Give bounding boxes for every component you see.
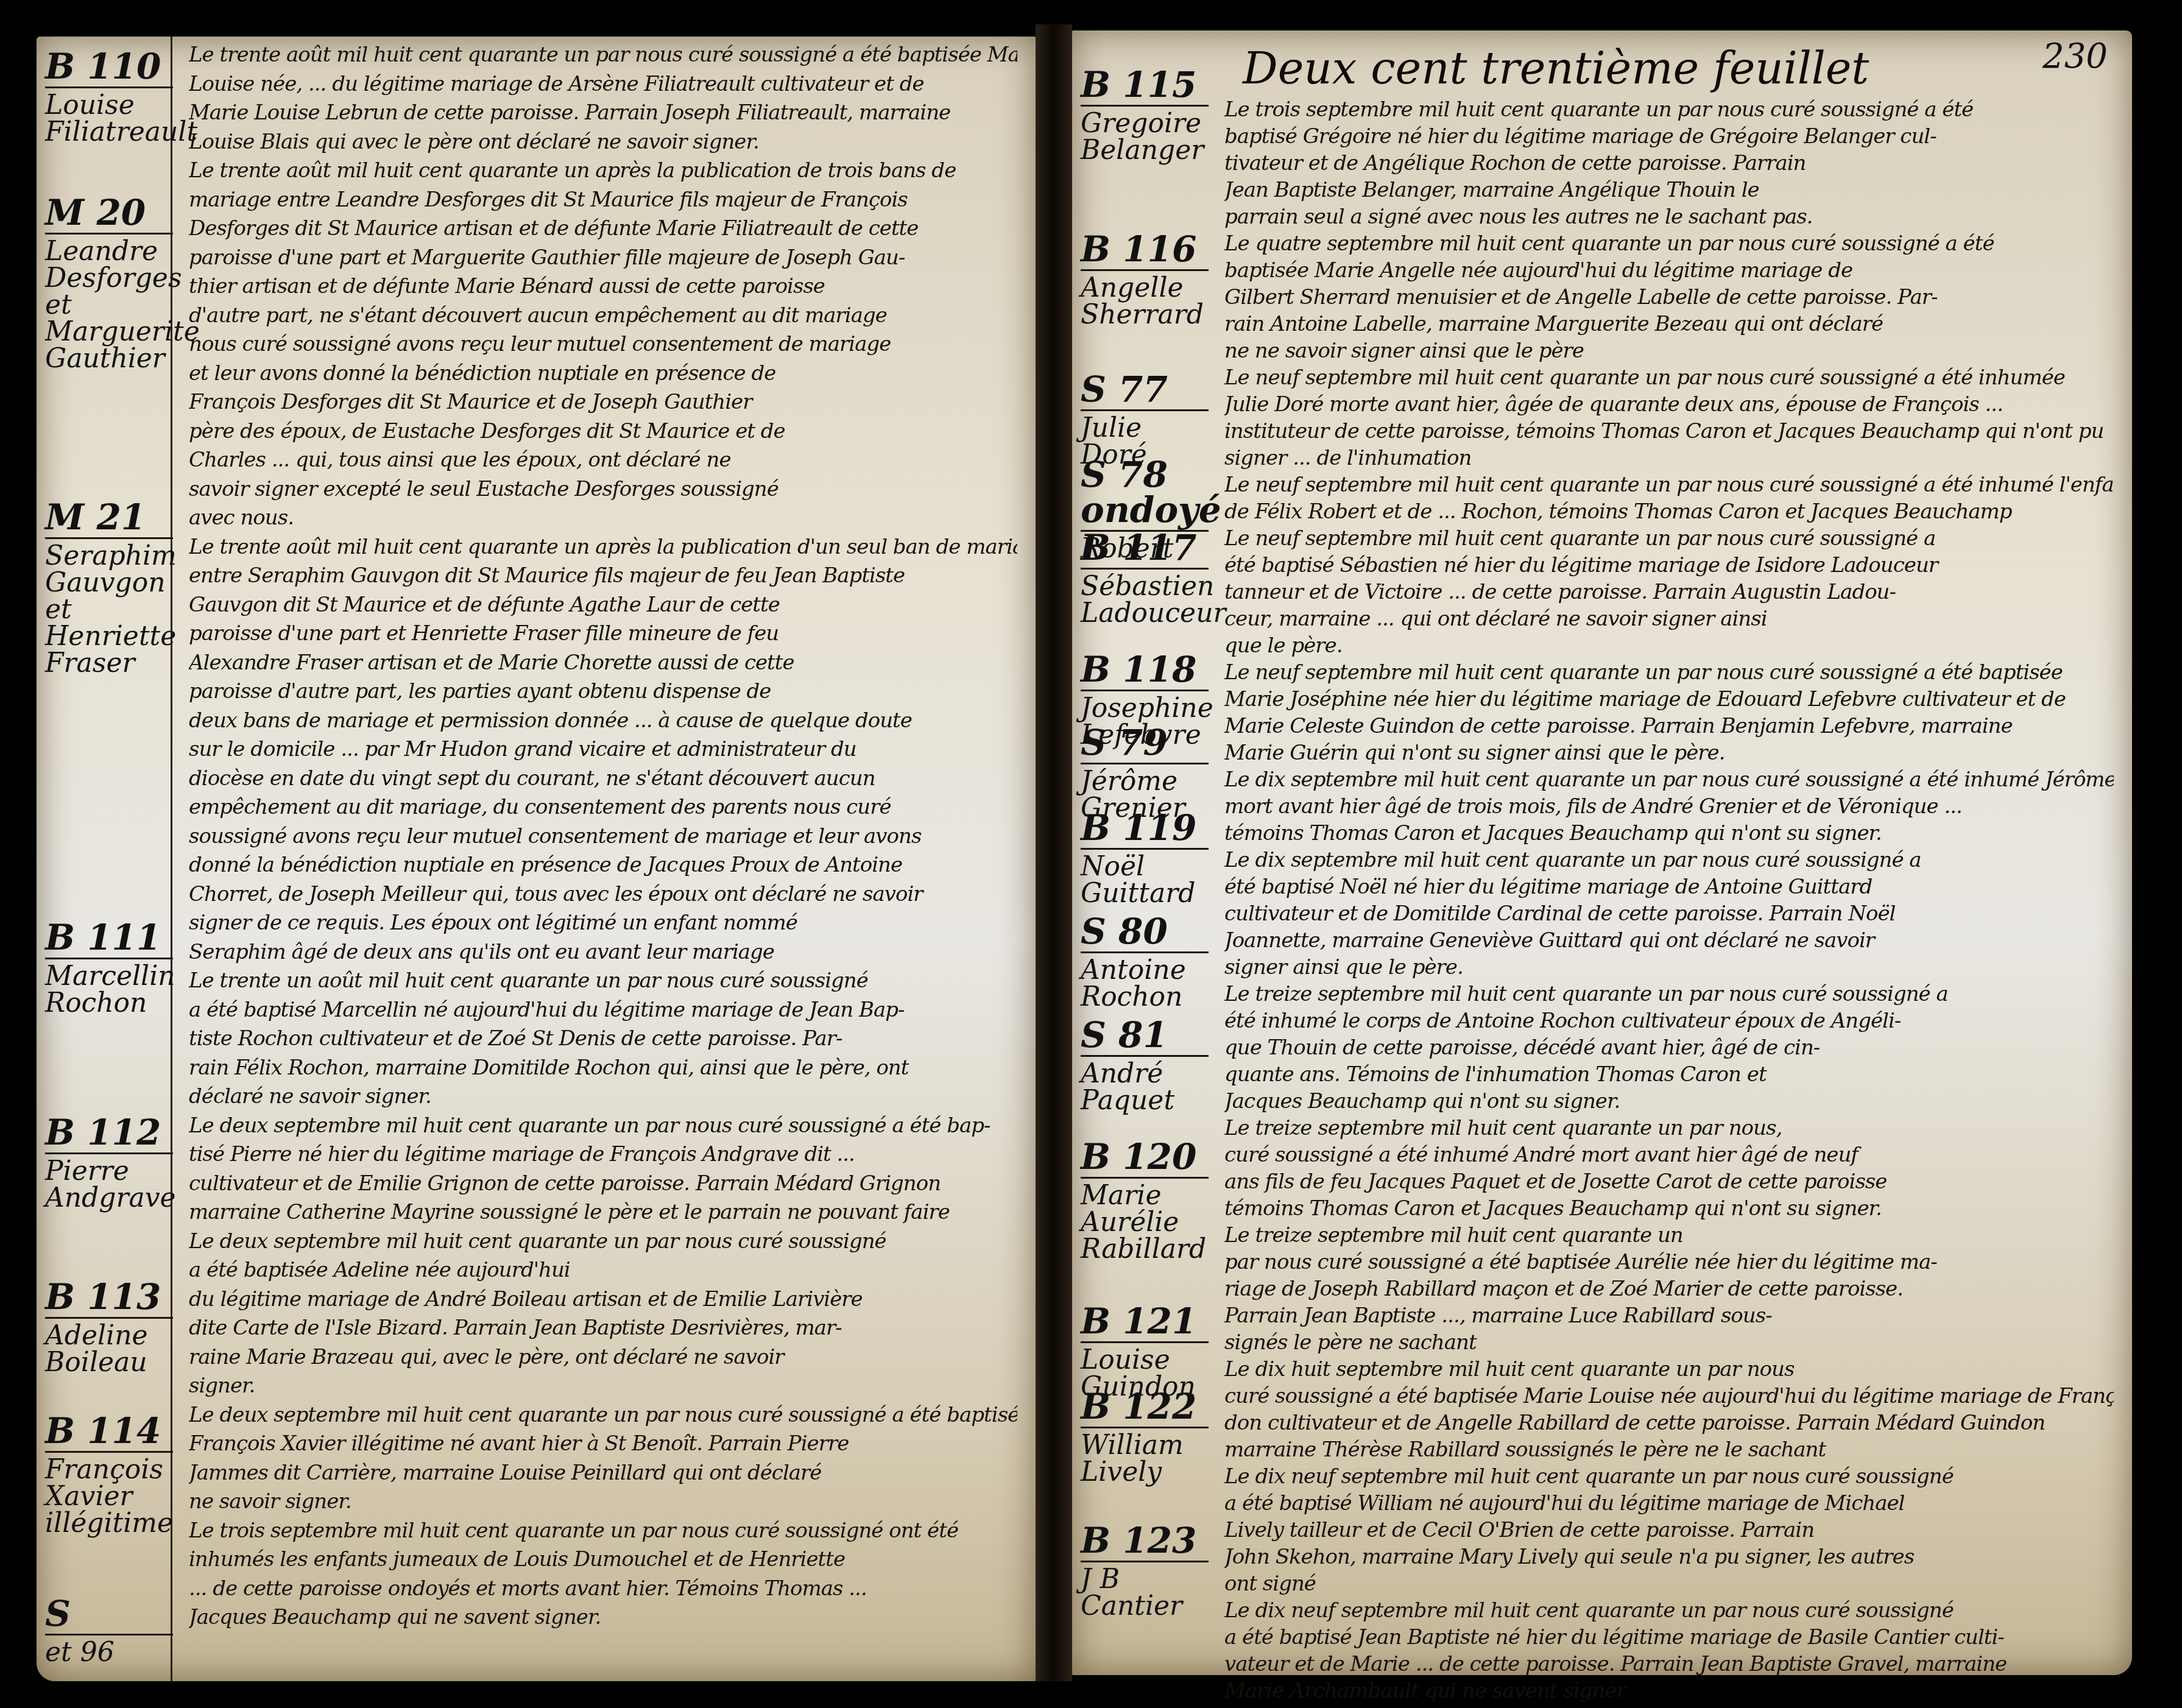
handwritten-line: signer ainsi que le père. (1224, 955, 2114, 979)
left-page-body: Le trente août mil huit cent quarante un… (189, 37, 1017, 1681)
handwritten-line: témoins Thomas Caron et Jacques Beaucham… (1224, 1196, 2114, 1221)
handwritten-line: cultivateur et de Domitilde Cardinal de … (1224, 902, 2114, 926)
handwritten-line: Jacques Beauchamp qui n'ont su signer. (1224, 1089, 2114, 1113)
handwritten-line: entre Seraphim Gauvgon dit St Maurice fi… (189, 563, 1017, 588)
handwritten-line: nous curé soussigné avons reçu leur mutu… (189, 332, 1017, 356)
handwritten-line: dite Carte de l'Isle Bizard. Parrain Jea… (189, 1316, 1017, 1340)
handwritten-line: ne ne savoir signer ainsi que le père (1224, 339, 2114, 363)
handwritten-line: empêchement au dit mariage, du consentem… (189, 795, 1017, 819)
handwritten-line: Le trente août mil huit cent quarante un… (189, 43, 1017, 67)
handwritten-line: tiste Rochon cultivateur et de Zoé St De… (189, 1026, 1017, 1051)
handwritten-line: a été baptisé Marcellin né aujourd'hui d… (189, 998, 1017, 1022)
handwritten-line: diocèse en date du vingt sept du courant… (189, 766, 1017, 791)
folio-number: 230 (2043, 37, 2108, 76)
left-margin-column: B 110Louise Filiatreault M 20Leandre Des… (37, 37, 172, 1681)
handwritten-line: Le dix neuf septembre mil huit cent quar… (1224, 1464, 2114, 1489)
handwritten-line: Parrain Jean Baptiste ..., marraine Luce… (1224, 1304, 2114, 1328)
handwritten-line: vateur et de Marie ... de cette paroisse… (1224, 1652, 2114, 1676)
handwritten-line: Jammes dit Carrière, marraine Louise Pei… (189, 1461, 1017, 1485)
handwritten-line: ne savoir signer. (189, 1489, 1017, 1514)
handwritten-line: quante ans. Témoins de l'inhumation Thom… (1224, 1062, 2114, 1087)
handwritten-line: soussigné avons reçu leur mutuel consent… (189, 824, 1017, 849)
handwritten-line: Le neuf septembre mil huit cent quarante… (1224, 365, 2114, 390)
handwritten-line: Seraphim âgé de deux ans qu'ils ont eu a… (189, 940, 1017, 964)
handwritten-line: rain Félix Rochon, marraine Domitilde Ro… (189, 1056, 1017, 1080)
handwritten-line: tanneur et de Victoire ... de cette paro… (1224, 580, 2114, 604)
handwritten-line: Le neuf septembre mil huit cent quarante… (1224, 660, 2114, 685)
handwritten-line: de Félix Robert et de ... Rochon, témoin… (1224, 499, 2114, 524)
handwritten-line: Le treize septembre mil huit cent quaran… (1224, 982, 2114, 1006)
handwritten-line: Marie Joséphine née hier du légitime mar… (1224, 687, 2114, 711)
handwritten-line: que le père. (1224, 633, 2114, 658)
handwritten-line: père des époux, de Eustache Desforges di… (189, 419, 1017, 443)
margin-entry: Set 96 (45, 1596, 173, 1666)
margin-entry: B 120Marie Aurélie Rabillard (1081, 1139, 1209, 1263)
handwritten-line: signer. (189, 1374, 1017, 1398)
handwritten-line: Alexandre Fraser artisan et de Marie Cho… (189, 651, 1017, 675)
handwritten-line: sur le domicile ... par Mr Hudon grand v… (189, 737, 1017, 761)
margin-entry: B 114François Xavier illégitime (45, 1413, 173, 1537)
handwritten-line: été baptisé Noël né hier du légitime mar… (1224, 875, 2114, 899)
right-margin-column: B 115Gregoire Belanger B 116Angelle Sher… (1072, 30, 1212, 1675)
handwritten-line: Jacques Beauchamp qui ne savent signer. (189, 1605, 1017, 1629)
margin-entry: B 122William Lively (1081, 1389, 1209, 1486)
folio-heading: Deux cent trentième feuillet (1243, 43, 1869, 94)
handwritten-line: thier artisan et de défunte Marie Bénard… (189, 274, 1017, 298)
handwritten-line: déclaré ne savoir signer. (189, 1084, 1017, 1109)
right-page: Deux cent trentième feuillet 230 B 115Gr… (1072, 30, 2132, 1675)
handwritten-line: Julie Doré morte avant hier, âgée de qua… (1224, 392, 2114, 417)
handwritten-line: Jean Baptiste Belanger, marraine Angéliq… (1224, 178, 2114, 202)
handwritten-line: marraine Catherine Mayrine soussigné le … (189, 1200, 1017, 1224)
handwritten-line: avec nous. (189, 506, 1017, 530)
handwritten-line: Le dix huit septembre mil huit cent quar… (1224, 1357, 2114, 1382)
handwritten-line: signer de ce requis. Les époux ont légit… (189, 911, 1017, 935)
handwritten-line: Louise née, ... du légitime mariage de A… (189, 72, 1017, 96)
handwritten-line: raine Marie Brazeau qui, avec le père, o… (189, 1345, 1017, 1369)
handwritten-line: Le neuf septembre mil huit cent quarante… (1224, 526, 2114, 551)
handwritten-line: Lively tailleur et de Cecil O'Brien de c… (1224, 1518, 2114, 1542)
handwritten-line: mort avant hier âgé de trois mois, fils … (1224, 794, 2114, 819)
left-page: B 110Louise Filiatreault M 20Leandre Des… (37, 37, 1036, 1681)
handwritten-line: John Skehon, marraine Mary Lively qui se… (1224, 1545, 2114, 1569)
margin-entry: B 110Louise Filiatreault (45, 49, 173, 146)
margin-entry: S 81André Paquet (1081, 1017, 1209, 1114)
handwritten-line: Le dix neuf septembre mil huit cent quar… (1224, 1598, 2114, 1623)
handwritten-line: parrain seul a signé avec nous les autre… (1224, 205, 2114, 229)
handwritten-line: Le deux septembre mil huit cent quarante… (189, 1403, 1017, 1427)
handwritten-line: curé soussigné a été inhumé André mort a… (1224, 1143, 2114, 1167)
handwritten-line: marraine Thérèse Rabillard soussignés le… (1224, 1438, 2114, 1462)
handwritten-line: savoir signer excepté le seul Eustache D… (189, 477, 1017, 501)
handwritten-line: Le trente août mil huit cent quarante un… (189, 535, 1017, 559)
handwritten-line: Le trente un août mil huit cent quarante… (189, 969, 1017, 993)
handwritten-line: Le dix septembre mil huit cent quarante … (1224, 848, 2114, 872)
margin-entry: B 119Noël Guittard (1081, 810, 1209, 907)
handwritten-line: a été baptisée Adeline née aujourd'hui (189, 1258, 1017, 1282)
handwritten-line: Le trois septembre mil huit cent quarant… (189, 1519, 1017, 1543)
handwritten-line: par nous curé soussigné a été baptisée A… (1224, 1250, 2114, 1274)
handwritten-line: a été baptisé William né aujourd'hui du … (1224, 1491, 2114, 1516)
handwritten-line: Louise Blais qui avec le père ont déclar… (189, 130, 1017, 154)
handwritten-line: instituteur de cette paroisse, témoins T… (1224, 419, 2114, 443)
handwritten-line: Desforges dit St Maurice artisan et de d… (189, 216, 1017, 241)
margin-entry: B 123J B Cantier (1081, 1523, 1209, 1620)
handwritten-line: paroisse d'autre part, les parties ayant… (189, 679, 1017, 704)
handwritten-line: curé soussigné a été baptisée Marie Loui… (1224, 1384, 2114, 1408)
handwritten-line: baptisée Marie Angelle née aujourd'hui d… (1224, 258, 2114, 283)
handwritten-line: paroisse d'une part et Marguerite Gauthi… (189, 245, 1017, 270)
handwritten-line: François Xavier illégitime né avant hier… (189, 1431, 1017, 1456)
handwritten-line: baptisé Grégoire né hier du légitime mar… (1224, 124, 2114, 149)
margin-entry: M 21Seraphim Gauvgon et Henriette Fraser (45, 499, 173, 677)
margin-entry: B 113Adeline Boileau (45, 1279, 173, 1376)
handwritten-line: Le quatre septembre mil huit cent quaran… (1224, 231, 2114, 256)
handwritten-line: tisé Pierre né hier du légitime mariage … (189, 1142, 1017, 1166)
handwritten-line: témoins Thomas Caron et Jacques Beaucham… (1224, 821, 2114, 845)
handwritten-line: donné la bénédiction nuptiale en présenc… (189, 853, 1017, 877)
handwritten-line: a été baptisé Jean Baptiste né hier du l… (1224, 1625, 2114, 1650)
handwritten-line: Le neuf septembre mil huit cent quarante… (1224, 473, 2114, 497)
handwritten-line: Le deux septembre mil huit cent quarante… (189, 1113, 1017, 1138)
margin-entry: B 111Marcellin Rochon (45, 920, 173, 1017)
handwritten-line: cultivateur et de Emilie Grignon de cett… (189, 1171, 1017, 1196)
margin-entry: B 112Pierre Andgrave (45, 1115, 173, 1212)
handwritten-line: été inhumé le corps de Antoine Rochon cu… (1224, 1009, 2114, 1033)
handwritten-line: Le deux septembre mil huit cent quarante… (189, 1229, 1017, 1254)
handwritten-line: Le dix septembre mil huit cent quarante … (1224, 768, 2114, 792)
handwritten-line: deux bans de mariage et permission donné… (189, 708, 1017, 733)
handwritten-line: signés le père ne sachant (1224, 1330, 2114, 1355)
handwritten-line: tivateur et de Angélique Rochon de cette… (1224, 151, 2114, 175)
handwritten-line: signer ... de l'inhumation (1224, 446, 2114, 470)
handwritten-line: Gilbert Sherrard menuisier et de Angelle… (1224, 285, 2114, 309)
handwritten-line: François Desforges dit St Maurice et de … (189, 390, 1017, 414)
right-page-body: Le trois septembre mil huit cent quarant… (1224, 97, 2114, 1675)
handwritten-line: riage de Joseph Rabillard maçon et de Zo… (1224, 1277, 2114, 1301)
handwritten-line: paroisse d'une part et Henriette Fraser … (189, 621, 1017, 646)
margin-entry: B 116Angelle Sherrard (1081, 231, 1209, 328)
handwritten-line: ans fils de feu Jacques Paquet et de Jos… (1224, 1170, 2114, 1194)
handwritten-line: ont signé (1224, 1572, 2114, 1596)
handwritten-line: que Thouin de cette paroisse, décédé ava… (1224, 1036, 2114, 1060)
handwritten-line: Le trente août mil huit cent quarante un… (189, 158, 1017, 183)
handwritten-line: Marie Louise Lebrun de cette paroisse. P… (189, 101, 1017, 125)
handwritten-line: d'autre part, ne s'étant découvert aucun… (189, 303, 1017, 328)
handwritten-line: été baptisé Sébastien né hier du légitim… (1224, 553, 2114, 577)
handwritten-line: ... de cette paroisse ondoyés et morts a… (189, 1576, 1017, 1601)
handwritten-line: Marie Archambault qui ne savent signer (1224, 1679, 2114, 1703)
handwritten-line: Le treize septembre mil huit cent quaran… (1224, 1116, 2114, 1140)
handwritten-line: mariage entre Leandre Desforges dit St M… (189, 188, 1017, 212)
handwritten-line: inhumés les enfants jumeaux de Louis Dum… (189, 1547, 1017, 1572)
handwritten-line: don cultivateur et de Angelle Rabillard … (1224, 1411, 2114, 1435)
handwritten-line: Marie Celeste Guindon de cette paroisse.… (1224, 714, 2114, 738)
handwritten-line: Charles ... qui, tous ainsi que les épou… (189, 448, 1017, 472)
margin-entry: B 115Gregoire Belanger (1081, 67, 1209, 164)
book-gutter (1036, 24, 1072, 1681)
handwritten-line: rain Antoine Labelle, marraine Marguerit… (1224, 312, 2114, 336)
handwritten-line: Marie Guérin qui n'ont su signer ainsi q… (1224, 741, 2114, 765)
handwritten-line: Le trois septembre mil huit cent quarant… (1224, 97, 2114, 122)
handwritten-line: du légitime mariage de André Boileau art… (189, 1287, 1017, 1311)
handwritten-line: Chorret, de Joseph Meilleur qui, tous av… (189, 882, 1017, 906)
handwritten-line: et leur avons donné la bénédiction nupti… (189, 361, 1017, 386)
handwritten-line: Gauvgon dit St Maurice et de défunte Aga… (189, 593, 1017, 617)
handwritten-line: ceur, marraine ... qui ont déclaré ne sa… (1224, 607, 2114, 631)
margin-entry: B 117Sébastien Ladouceur (1081, 530, 1209, 627)
handwritten-line: Le treize septembre mil huit cent quaran… (1224, 1223, 2114, 1247)
margin-entry: M 20Leandre Desforges et Marguerite Gaut… (45, 195, 173, 372)
handwritten-line: Joannette, marraine Geneviève Guittard q… (1224, 928, 2114, 953)
margin-entry: S 80Antoine Rochon (1081, 914, 1209, 1011)
